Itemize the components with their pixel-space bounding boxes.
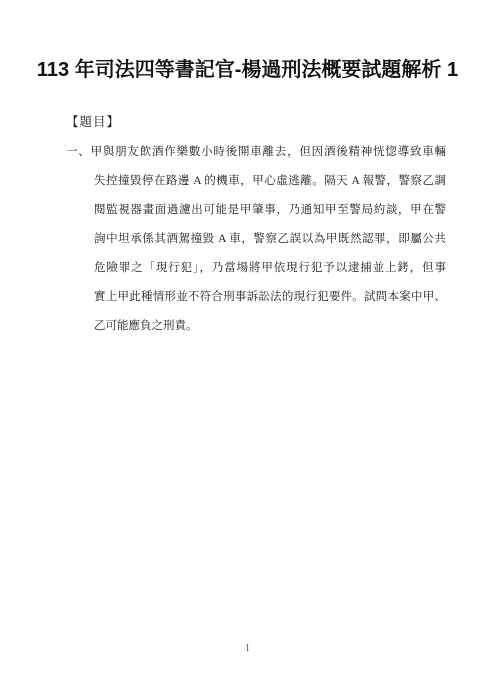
question-line-text: 甲與朋友飲酒作樂數小時後開車離去，但因酒後精神恍惚導致車輛 (91, 146, 446, 158)
question-line: 詢中坦承係其酒駕撞毀 A 車，警察乙誤以為甲既然認罪，即屬公共 (94, 225, 446, 254)
question-line: 乙可能應負之刑責。 (94, 312, 446, 341)
question-item: 一、甲與朋友飲酒作樂數小時後開車離去，但因酒後精神恍惚導致車輛 失控撞毀停在路邊… (66, 138, 446, 341)
page-number: 1 (0, 643, 495, 655)
question-line: 閱監視器畫面過濾出可能是甲肇事，乃通知甲至警局約談，甲在警 (94, 196, 446, 225)
question-number: 一、 (66, 146, 91, 158)
question-line: 實上甲此種情形並不符合刑事訴訟法的現行犯要件。試問本案中甲、 (94, 283, 446, 312)
document-page: 113 年司法四等書記官-楊過刑法概要試題解析 1 【題目】 一、甲與朋友飲酒作… (0, 0, 495, 700)
section-label: 【題目】 (66, 114, 495, 131)
page-title: 113 年司法四等書記官-楊過刑法概要試題解析 1 (18, 0, 477, 85)
question-line: 危險罪之「現行犯」，乃當場將甲依現行犯予以逮捕並上銬，但事 (94, 254, 446, 283)
question-line: 失控撞毀停在路邊 A 的機車，甲心虛逃離。隔天 A 報警，警察乙調 (94, 167, 446, 196)
question-line: 一、甲與朋友飲酒作樂數小時後開車離去，但因酒後精神恍惚導致車輛 (94, 138, 446, 167)
